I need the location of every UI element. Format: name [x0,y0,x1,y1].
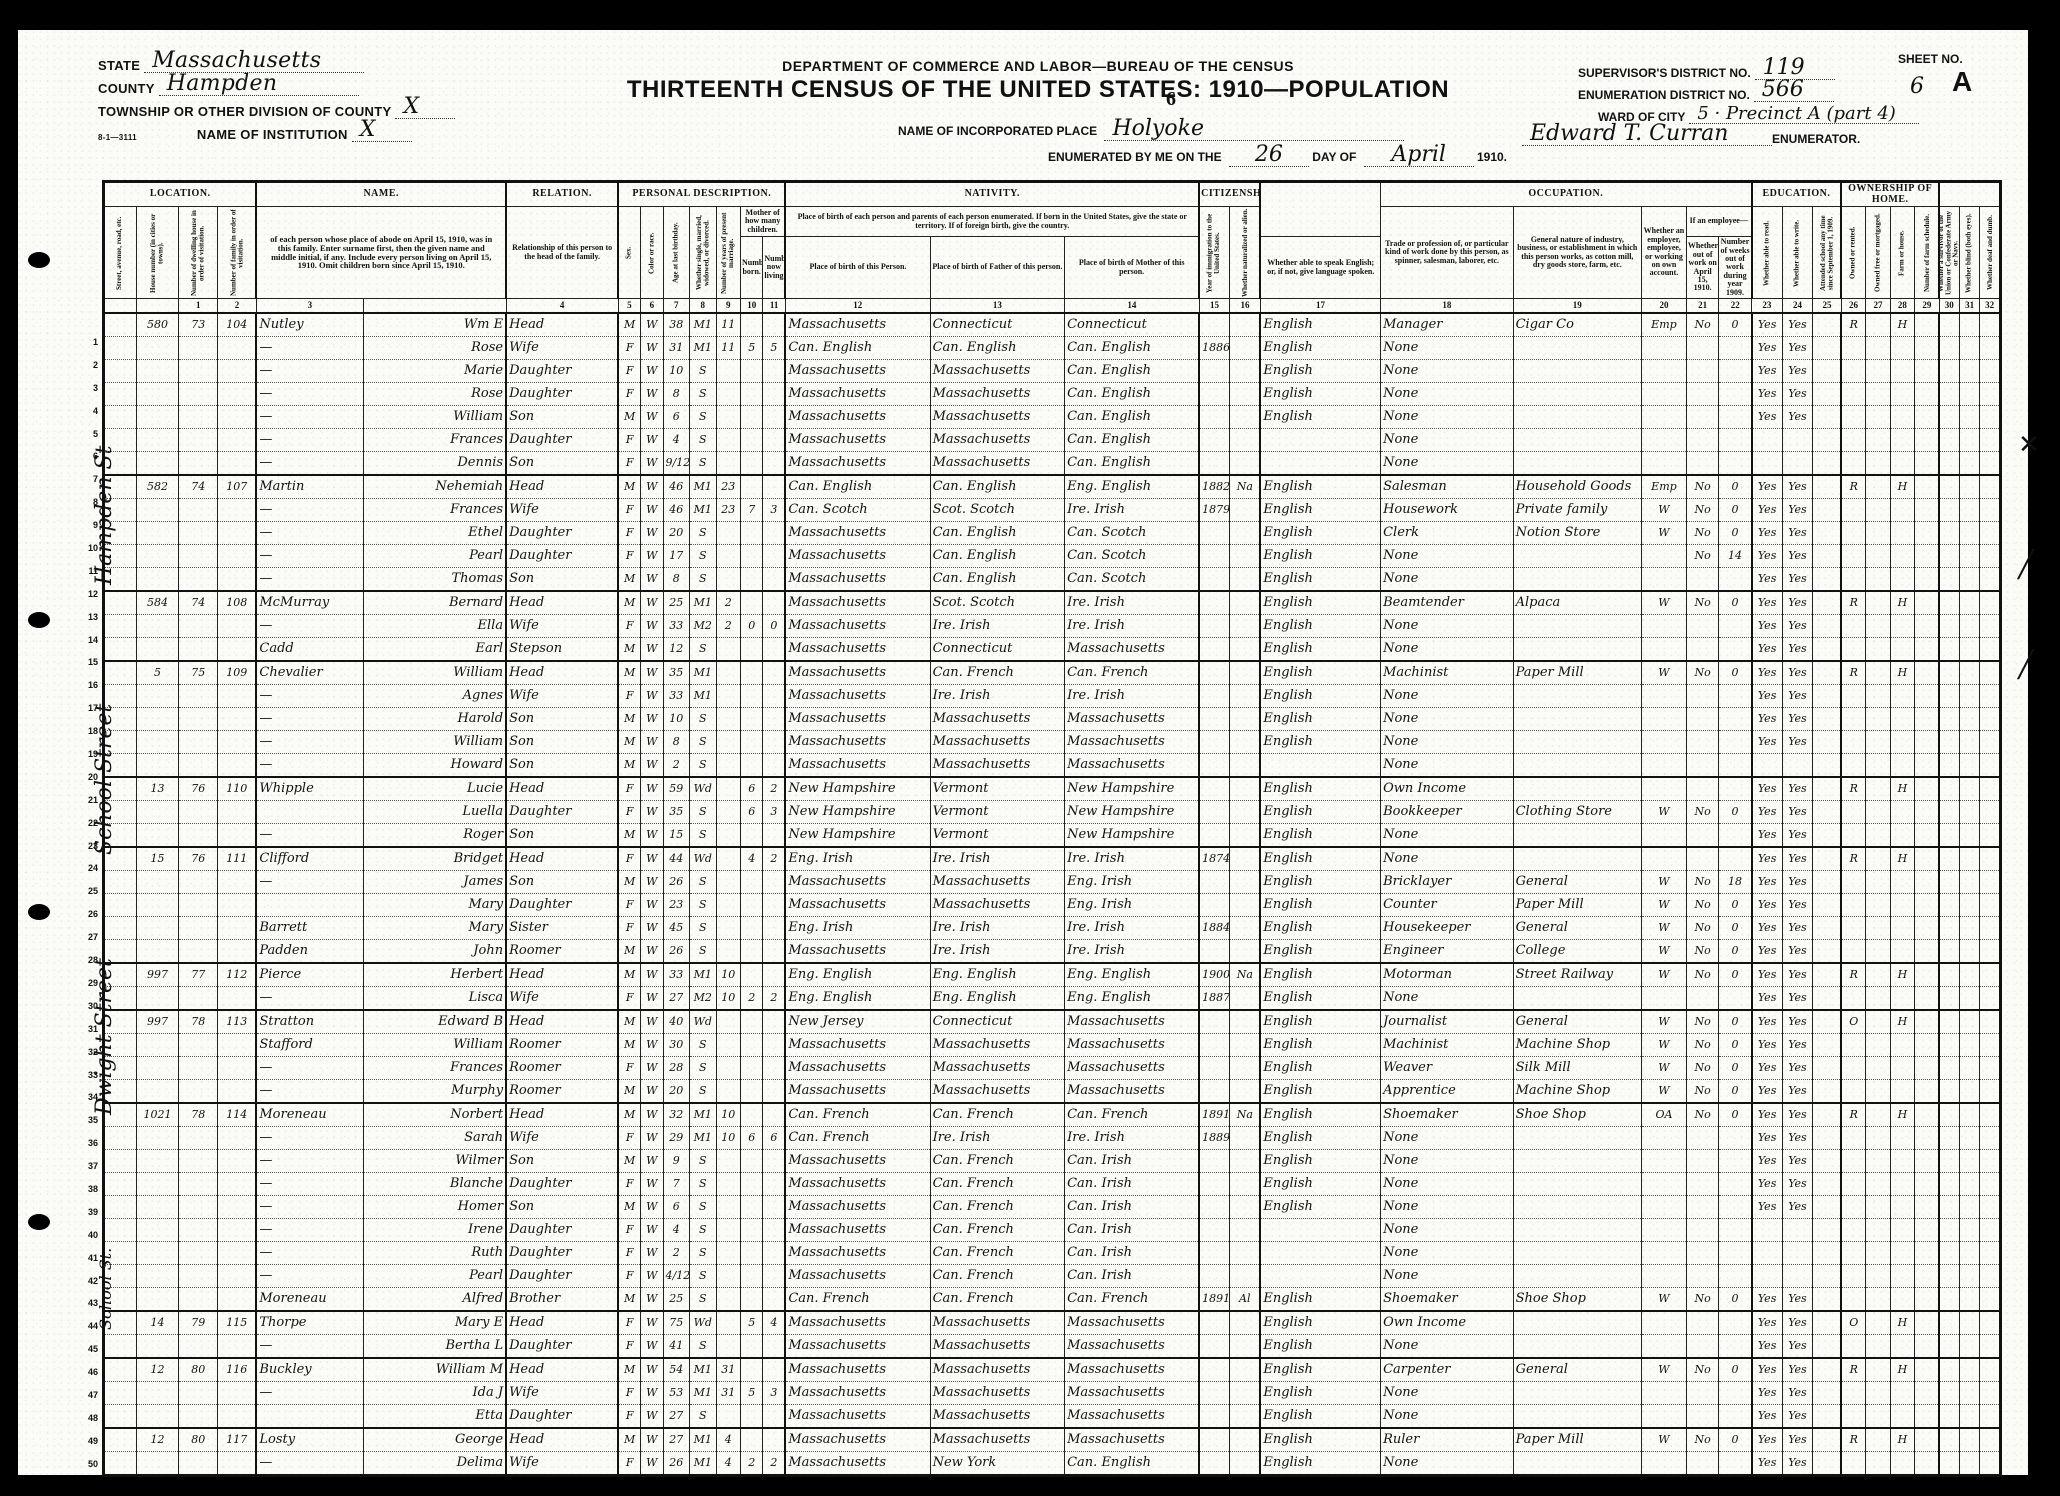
cell-yrs [716,637,740,661]
cell-relation: Roomer [506,1033,618,1056]
cell-lang: English [1260,916,1380,939]
cell-emp [1642,847,1687,871]
line-number: 42 [78,1270,98,1293]
title-block: DEPARTMENT OF COMMERCE AND LABOR—BUREAU … [578,58,1498,104]
column-number: 16 [1230,299,1261,313]
cell-house [136,382,179,405]
cell-nat [1230,637,1261,661]
cell-dwelling [179,336,218,359]
cell-industry: Private family [1513,498,1641,521]
cell-sex: M [618,1103,640,1127]
cell-given: Mary E [363,1311,506,1335]
cell-age: 40 [663,1010,690,1034]
cell-blind [1959,707,1979,730]
cell-imm [1199,1241,1230,1264]
cell-trade: Housekeeper [1381,916,1514,939]
cell-dwelling [179,1381,218,1404]
cell-oow [1686,684,1719,707]
group-nativity: NATIVITY. [785,182,1199,207]
cell-pob: Massachusetts [785,1149,930,1172]
table-row: MaryDaughterFW23SMassachusettsMassachuse… [104,893,2001,916]
cell-write: Yes [1782,313,1813,337]
cell-blind [1959,847,1979,871]
cell-dwelling [179,1033,218,1056]
cell-given: Etta [363,1404,506,1428]
cell-oow: No [1686,800,1719,823]
cell-pob_m: Massachusetts [1065,1311,1200,1335]
cell-emp [1642,986,1687,1010]
cell-industry [1513,1149,1641,1172]
cell-trade: None [1381,1126,1514,1149]
cell-marital: S [690,730,717,753]
cell-pob: Massachusetts [785,1428,930,1452]
cell-surname: — [256,1241,363,1264]
cell-surname: Nutley [256,313,363,337]
cell-deaf [1980,567,2001,591]
line-number: 24 [78,857,98,880]
cell-lang: English [1260,963,1380,987]
cell-imm [1199,1311,1230,1335]
cell-blind [1959,1404,1979,1428]
cell-living [763,521,785,544]
cell-born [740,451,762,475]
cell-free [1866,1334,1890,1358]
cell-free [1866,1287,1890,1311]
cell-emp [1642,1311,1687,1335]
column-number: 5 [618,299,640,313]
cell-race: W [641,591,663,615]
cell-sched [1915,1010,1939,1034]
cell-sched [1915,428,1939,451]
cell-imm [1199,777,1230,801]
cell-marital: S [690,405,717,428]
margin-tally-mark: ╱ [2018,650,2034,680]
cell-sched [1915,916,1939,939]
punch-hole [28,904,50,920]
cell-relation: Son [506,707,618,730]
cell-pob_f: Massachusetts [930,1428,1065,1452]
margin-tally-mark: ╱ [2018,550,2034,580]
cell-sched [1915,963,1939,987]
cell-sex: F [618,521,640,544]
cell-age: 33 [663,614,690,637]
cell-surname: Thorpe [256,1311,363,1335]
cell-street [104,1287,137,1311]
cell-born [740,1079,762,1103]
cell-race: W [641,405,663,428]
cell-pob_m: Can. Irish [1065,1241,1200,1264]
table-row: PaddenJohnRoomerMW26SMassachusettsIre. I… [104,939,2001,963]
cell-sched [1915,1451,1939,1475]
table-row: —FrancesWifeFW46M12373Can. ScotchScot. S… [104,498,2001,521]
cell-lang [1260,428,1380,451]
cell-write: Yes [1782,1428,1813,1452]
cell-dwelling [179,1451,218,1475]
cell-pob: Eng. Irish [785,847,930,871]
cell-sex: M [618,661,640,685]
cell-vet [1939,1428,1959,1452]
cell-industry [1513,1451,1641,1475]
cell-blind [1959,777,1979,801]
cell-yrs [716,753,740,777]
cell-school [1813,451,1842,475]
cell-street [104,1451,137,1475]
cell-sex: M [618,939,640,963]
cell-read: Yes [1752,730,1783,753]
cell-given: Sarah [363,1126,506,1149]
cell-write: Yes [1782,986,1813,1010]
cell-sex: F [618,1218,640,1241]
cell-pob_m: Ire. Irish [1065,1126,1200,1149]
cell-relation: Wife [506,1451,618,1475]
cell-dwelling [179,730,218,753]
col-nativity-note: Place of birth of each person and parent… [785,207,1199,237]
cell-blind [1959,1172,1979,1195]
cell-house: 997 [136,1010,179,1034]
cell-free [1866,707,1890,730]
cell-age: 25 [663,591,690,615]
cell-deaf [1980,1033,2001,1056]
table-row: —PearlDaughterFW17SMassachusettsCan. Eng… [104,544,2001,567]
cell-street [104,428,137,451]
cell-marital: S [690,1404,717,1428]
cell-living [763,1404,785,1428]
cell-pob_f: New York [930,1451,1065,1475]
cell-pob_m: Ire. Irish [1065,684,1200,707]
cell-lang: English [1260,1311,1380,1335]
cell-farm [1890,1079,1914,1103]
cell-imm [1199,1033,1230,1056]
cell-write: Yes [1782,1358,1813,1382]
column-number: 27 [1866,299,1890,313]
cell-vet [1939,1126,1959,1149]
cell-race: W [641,313,663,337]
cell-pob_m: Connecticut [1065,313,1200,337]
cell-yrs [716,567,740,591]
cell-pob_f: Massachusetts [930,405,1065,428]
cell-surname: — [256,870,363,893]
cell-surname: — [256,1264,363,1287]
cell-school [1813,1381,1842,1404]
cell-given: Lucie [363,777,506,801]
cell-imm [1199,800,1230,823]
cell-imm [1199,1010,1230,1034]
cell-street [104,1404,137,1428]
cell-given: William [363,1033,506,1056]
cell-deaf [1980,544,2001,567]
cell-pob: Massachusetts [785,521,930,544]
cell-dwelling [179,1126,218,1149]
cell-emp [1642,544,1687,567]
cell-imm: 1900 [1199,963,1230,987]
cell-read: Yes [1752,382,1783,405]
cell-marital: M1 [690,498,717,521]
cell-relation: Daughter [506,359,618,382]
cell-free [1866,986,1890,1010]
cell-read: Yes [1752,475,1783,499]
cell-read: Yes [1752,1381,1783,1404]
cell-yrs [716,870,740,893]
group-education: EDUCATION. [1752,182,1842,207]
cell-free [1866,1010,1890,1034]
cell-house [136,567,179,591]
cell-street [104,1218,137,1241]
cell-industry [1513,684,1641,707]
group-relation: RELATION. [506,182,618,207]
cell-pob_f: Massachusetts [930,1404,1065,1428]
cell-wks: 0 [1719,1358,1752,1382]
cell-industry: Shoe Shop [1513,1103,1641,1127]
cell-sched [1915,777,1939,801]
cell-yrs [716,359,740,382]
cell-dwelling: 77 [179,963,218,987]
cell-sex: M [618,823,640,847]
cell-lang: English [1260,1172,1380,1195]
cell-pob_m: Massachusetts [1065,637,1200,661]
cell-surname: — [256,567,363,591]
cell-age: 75 [663,1311,690,1335]
cell-emp: W [1642,916,1687,939]
cell-vet [1939,1010,1959,1034]
cell-pob: Massachusetts [785,684,930,707]
cell-relation: Daughter [506,1404,618,1428]
cell-lang: English [1260,1195,1380,1218]
cell-dwelling: 78 [179,1103,218,1127]
cell-farm [1890,382,1914,405]
cell-pob_f: Massachusetts [930,1311,1065,1335]
cell-trade: Counter [1381,893,1514,916]
cell-pob_m: Can. English [1065,1451,1200,1475]
cell-write: Yes [1782,637,1813,661]
cell-oow [1686,986,1719,1010]
cell-family [218,1195,257,1218]
column-number: 17 [1260,299,1380,313]
cell-blind [1959,1287,1979,1311]
cell-emp [1642,405,1687,428]
cell-house [136,939,179,963]
cell-free [1866,405,1890,428]
cell-emp [1642,637,1687,661]
cell-nat [1230,870,1261,893]
cell-race: W [641,753,663,777]
line-number: 44 [78,1315,98,1338]
cell-yrs: 31 [716,1381,740,1404]
column-number: 28 [1890,299,1914,313]
cell-given: Ella [363,614,506,637]
cell-dwelling: 74 [179,591,218,615]
cell-race: W [641,800,663,823]
column-number: 13 [930,299,1065,313]
cell-school [1813,1311,1842,1335]
cell-vet [1939,1195,1959,1218]
cell-family [218,1334,257,1358]
cell-race: W [641,1287,663,1311]
cell-given: Roger [363,823,506,847]
cell-living [763,823,785,847]
cell-lang: English [1260,382,1380,405]
cell-marital: Wd [690,1311,717,1335]
cell-house [136,521,179,544]
cell-dwelling [179,521,218,544]
cell-deaf [1980,1010,2001,1034]
cell-street [104,1428,137,1452]
cell-free [1866,963,1890,987]
cell-deaf [1980,1264,2001,1287]
cell-oow: No [1686,1079,1719,1103]
cell-emp: W [1642,591,1687,615]
cell-family [218,382,257,405]
cell-deaf [1980,1195,2001,1218]
cell-age: 26 [663,1451,690,1475]
cell-nat [1230,1428,1261,1452]
cell-vet [1939,684,1959,707]
sheet-number-block: SHEET NO. 6 A [1898,52,1972,98]
cell-imm [1199,753,1230,777]
cell-sched [1915,800,1939,823]
cell-industry: Shoe Shop [1513,1287,1641,1311]
cell-school [1813,1287,1842,1311]
cell-family [218,1404,257,1428]
cell-yrs [716,1033,740,1056]
cell-emp [1642,753,1687,777]
cell-imm: 1874 [1199,847,1230,871]
cell-age: 4 [663,1218,690,1241]
cell-relation: Wife [506,614,618,637]
cell-emp [1642,1195,1687,1218]
cell-lang: English [1260,1404,1380,1428]
cell-write: Yes [1782,521,1813,544]
cell-sched [1915,313,1939,337]
cell-living [763,753,785,777]
cell-house [136,1033,179,1056]
cell-blind [1959,661,1979,685]
cell-born: 6 [740,800,762,823]
cell-pob_m: Can. French [1065,1287,1200,1311]
cell-school [1813,916,1842,939]
cell-wks [1719,359,1752,382]
cell-given: Dennis [363,451,506,475]
cell-family [218,1381,257,1404]
cell-vet [1939,1149,1959,1172]
cell-sex: F [618,1381,640,1404]
cell-born: 2 [740,1451,762,1475]
form-code: 8-1—3111 [98,133,137,142]
line-number: 39 [78,1201,98,1224]
cell-read: Yes [1752,1428,1783,1452]
cell-race: W [641,614,663,637]
cell-age: 7 [663,1172,690,1195]
cell-write: Yes [1782,359,1813,382]
cell-vet [1939,1033,1959,1056]
cell-blind [1959,963,1979,987]
col-race: Color or race. [641,207,663,299]
cell-imm [1199,661,1230,685]
cell-write: Yes [1782,1010,1813,1034]
cell-race: W [641,1010,663,1034]
cell-house: 12 [136,1428,179,1452]
line-number: 12 [78,583,98,606]
cell-sched [1915,1079,1939,1103]
cell-marital: S [690,1056,717,1079]
cell-family: 115 [218,1311,257,1335]
cell-own [1841,336,1865,359]
cell-sched [1915,1218,1939,1241]
cell-deaf [1980,428,2001,451]
cell-race: W [641,1264,663,1287]
cell-deaf [1980,963,2001,987]
cell-lang: English [1260,800,1380,823]
column-number: 1 [179,299,218,313]
cell-sex: F [618,847,640,871]
cell-wks: 0 [1719,893,1752,916]
cell-sex: F [618,1404,640,1428]
cell-pob_f: Connecticut [930,637,1065,661]
cell-farm [1890,823,1914,847]
cell-dwelling [179,1149,218,1172]
cell-living [763,1264,785,1287]
cell-house: 14 [136,1311,179,1335]
cell-industry [1513,1218,1641,1241]
cell-vet [1939,1451,1959,1475]
cell-vet [1939,1103,1959,1127]
cell-own [1841,1172,1865,1195]
cell-sex: M [618,1033,640,1056]
cell-street [104,313,137,337]
cell-pob: Massachusetts [785,1218,930,1241]
cell-sched [1915,498,1939,521]
cell-dwelling: 75 [179,661,218,685]
punch-hole [28,252,50,268]
cell-trade: Journalist [1381,1010,1514,1034]
cell-given: Thomas [363,567,506,591]
cell-industry: Cigar Co [1513,313,1641,337]
cell-pob: Massachusetts [785,637,930,661]
cell-oow [1686,359,1719,382]
cell-sex: F [618,359,640,382]
cell-write: Yes [1782,916,1813,939]
cell-blind [1959,313,1979,337]
cell-marital: S [690,939,717,963]
cell-born [740,893,762,916]
cell-industry: Paper Mill [1513,661,1641,685]
cell-school [1813,498,1842,521]
cell-sched [1915,1264,1939,1287]
cell-emp: W [1642,521,1687,544]
cell-wks: 0 [1719,800,1752,823]
cell-oow [1686,823,1719,847]
cell-blind [1959,637,1979,661]
cell-school [1813,614,1842,637]
cell-nat [1230,1264,1261,1287]
cell-imm [1199,591,1230,615]
cell-deaf [1980,707,2001,730]
cell-living [763,1287,785,1311]
cell-dwelling [179,893,218,916]
cell-born: 5 [740,1311,762,1335]
cell-race: W [641,730,663,753]
cell-emp [1642,1334,1687,1358]
cell-vet [1939,428,1959,451]
cell-read [1752,1218,1783,1241]
cell-living [763,637,785,661]
cell-read: Yes [1752,800,1783,823]
cell-industry [1513,382,1641,405]
cell-sex: F [618,777,640,801]
cell-free [1866,614,1890,637]
cell-vet [1939,498,1959,521]
cell-pob_f: Eng. English [930,986,1065,1010]
cell-nat [1230,1451,1261,1475]
